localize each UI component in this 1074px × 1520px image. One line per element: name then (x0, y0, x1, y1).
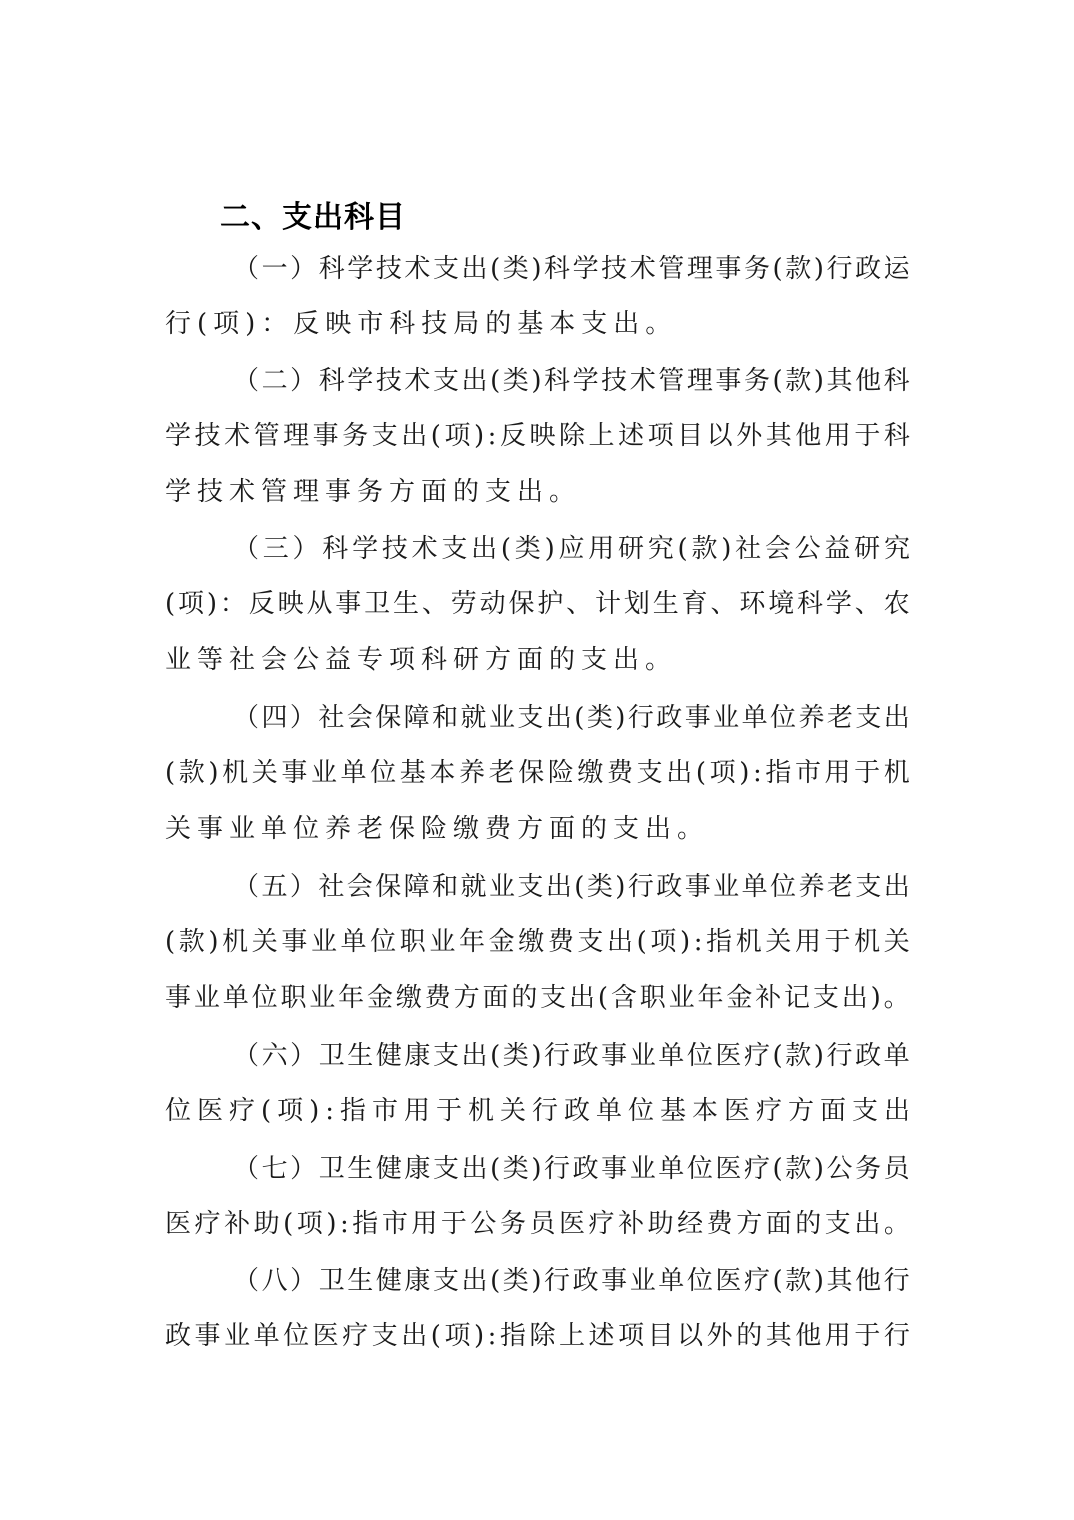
paragraph-first-line: （六）卫生健康支出(类)行政事业单位医疗(款)行政单 (233, 1034, 910, 1078)
paragraph-line: 行(项)：反映市科技局的基本支出。 (165, 302, 910, 346)
paragraph-first-line: （五）社会保障和就业支出(类)行政事业单位养老支出 (233, 865, 910, 909)
paragraph-line: 医疗补助(项):指市用于公务员医疗补助经费方面的支出。 (165, 1202, 910, 1246)
paragraph-first-line: （一）科学技术支出(类)科学技术管理事务(款)行政运 (233, 247, 910, 291)
paragraph-line: 学技术管理事务支出(项):反映除上述项目以外其他用于科 (165, 414, 910, 458)
paragraph-line: 学技术管理事务方面的支出。 (165, 470, 910, 514)
paragraph-line: (款)机关事业单位基本养老保险缴费支出(项):指市用于机 (165, 751, 910, 795)
paragraph-line: 关事业单位养老保险缴费方面的支出。 (165, 807, 910, 851)
paragraph-first-line: （三）科学技术支出(类)应用研究(款)社会公益研究 (233, 527, 910, 571)
paragraph-line: 政事业单位医疗支出(项):指除上述项目以外的其他用于行 (165, 1314, 910, 1358)
paragraph-first-line: （八）卫生健康支出(类)行政事业单位医疗(款)其他行 (233, 1259, 910, 1303)
paragraph-line: 位医疗(项):指市用于机关行政单位基本医疗方面支出。 (165, 1089, 910, 1133)
paragraph-line: 业等社会公益专项科研方面的支出。 (165, 638, 910, 682)
section-heading: 二、支出科目 (220, 196, 406, 240)
paragraph-first-line: （四）社会保障和就业支出(类)行政事业单位养老支出 (233, 696, 910, 740)
paragraph-line: (款)机关事业单位职业年金缴费支出(项):指机关用于机关 (165, 920, 910, 964)
paragraph-line: (项)：反映从事卫生、劳动保护、计划生育、环境科学、农 (165, 582, 910, 626)
paragraph-first-line: （二）科学技术支出(类)科学技术管理事务(款)其他科 (233, 359, 910, 403)
paragraph-first-line: （七）卫生健康支出(类)行政事业单位医疗(款)公务员 (233, 1147, 910, 1191)
document-page: 二、支出科目 （一）科学技术支出(类)科学技术管理事务(款)行政运行(项)：反映… (0, 0, 1074, 1520)
paragraph-line: 事业单位职业年金缴费方面的支出(含职业年金补记支出)。 (165, 976, 910, 1020)
